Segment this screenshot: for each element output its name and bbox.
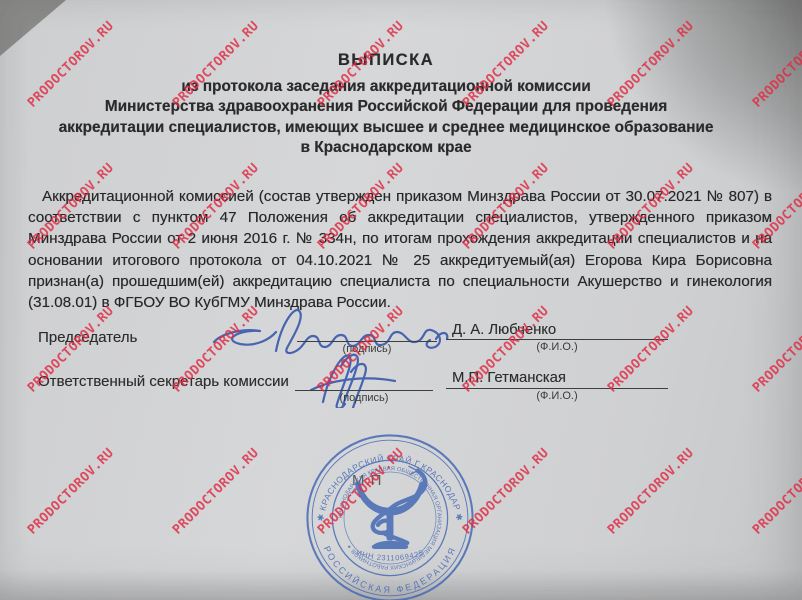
- document-subtitle-line: в Краснодарском крае: [0, 138, 772, 158]
- document-subtitle-line: Министерства здравоохранения Российской …: [0, 97, 772, 117]
- secretary-name: М.П. Гетманская: [452, 370, 566, 386]
- document-subtitle-line: из протокола заседания аккредитационной …: [0, 77, 772, 97]
- chairman-role-label: Председатель: [38, 329, 137, 346]
- round-organization-stamp: ✱ КРАСНОДАРСКИЙ КРАЙ Г.КРАСНОДАР ✱ РОССИ…: [304, 432, 476, 600]
- secretary-role-label: Ответственный секретарь комиссии: [38, 373, 289, 390]
- chairman-signature-line: [297, 341, 437, 342]
- watermark-text: PRODOCTOROV.RU: [605, 446, 697, 538]
- document-body-paragraph: Аккредитационной комиссией (состав утвер…: [28, 186, 772, 313]
- document-subtitle-line: аккредитации специалистов, имеющих высше…: [0, 118, 772, 138]
- stamp-outer-bottom-text: РОССИЙСКАЯ ФЕДЕРАЦИЯ: [322, 544, 459, 594]
- bowl-cup: [355, 481, 425, 540]
- fio-caption: (Ф.И.О.): [446, 390, 668, 402]
- watermark-text: PRODOCTOROV.RU: [25, 446, 117, 538]
- signature-caption: (подпись): [295, 392, 433, 404]
- watermark-text: PRODOCTOROV.RU: [750, 446, 802, 538]
- scanned-document-page: ВЫПИСКА из протокола заседания аккредита…: [0, 0, 802, 600]
- secretary-name-line: [446, 388, 668, 389]
- document-title-block: ВЫПИСКА из протокола заседания аккредита…: [0, 51, 772, 159]
- signature-stroke: [214, 330, 276, 345]
- svg-text:РОССИЙСКАЯ ФЕДЕРАЦИЯ: РОССИЙСКАЯ ФЕДЕРАЦИЯ: [322, 544, 459, 594]
- fio-caption: (Ф.И.О.): [446, 341, 668, 353]
- chairman-name-line: [446, 339, 668, 340]
- chairman-name: Д. А. Любченко: [452, 322, 556, 338]
- document-title: ВЫПИСКА: [0, 51, 772, 70]
- watermark-text: PRODOCTOROV.RU: [170, 446, 262, 538]
- secretary-signature-line: [295, 390, 433, 391]
- watermark-text: PRODOCTOROV.RU: [750, 304, 802, 396]
- scan-background-corner: [0, 0, 66, 56]
